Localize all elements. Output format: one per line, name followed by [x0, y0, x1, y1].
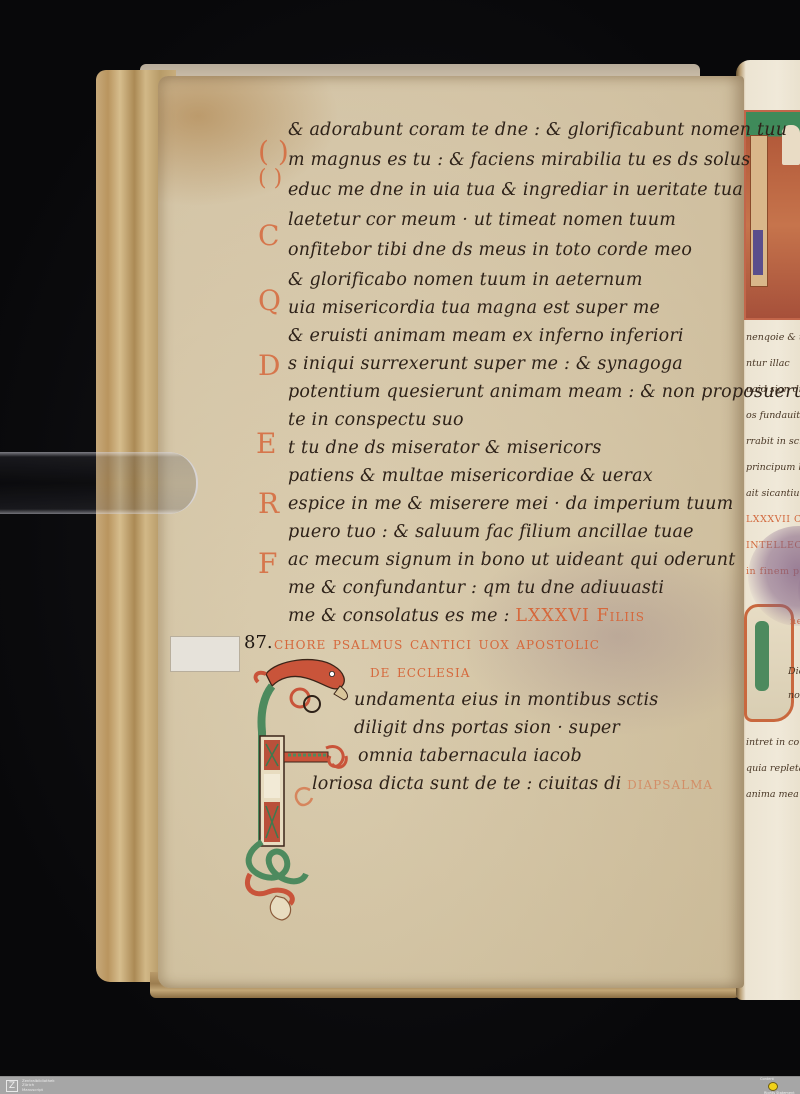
psalm-line: undamenta eius in montibus sctis — [354, 690, 658, 710]
text-line: espice in me & miserere mei · da imperiu… — [288, 494, 733, 514]
facing-initial-text-lines: Die nocte in — [788, 660, 800, 708]
psalm-title-rubric: chore psalmus cantici uox apostolic — [274, 634, 600, 654]
margin-initial: E — [256, 430, 276, 458]
text-line: patiens & multae misericordiae & uerax — [288, 466, 653, 486]
text-line: & glorificabo nomen tuum in aeternum — [288, 270, 643, 290]
margin-initial: F — [258, 550, 277, 578]
facing-line: os fundauit e — [746, 403, 800, 429]
margin-initial: D — [258, 352, 280, 380]
facing-line: principum hor — [746, 455, 800, 481]
facing-line: nenqoie & u — [746, 325, 800, 351]
margin-initial: C — [258, 222, 279, 250]
facing-lower-text: intret in conspectu quia repleta est mal… — [746, 730, 800, 808]
facing-line: ntur illac — [746, 351, 800, 377]
diapsalma-rubric: diapsalma — [627, 774, 713, 794]
text-line: m magnus es tu : & faciens mirabilia tu … — [288, 150, 750, 170]
facing-line: rrabit in scri — [746, 429, 800, 455]
text-line: & eruisti animam meam ex inferno inferio… — [288, 326, 684, 346]
folio-mark: 87. — [244, 632, 273, 653]
text-line: educ me dne in uia tua & ingrediar in ue… — [288, 180, 743, 200]
margin-initial: ( ) — [258, 168, 282, 190]
text-line: ac mecum signum in bono ut uideant qui o… — [288, 550, 735, 570]
paper-slip — [170, 636, 240, 672]
text-line: me & confundantur : qm tu dne adiuuasti — [288, 578, 664, 598]
text-line-body: me & consolatus es me : — [288, 606, 510, 626]
library-caption: Zentralbibliothek Zürich Manuscript — [22, 1079, 132, 1092]
text-line: s iniqui surrexerunt super me : & synago… — [288, 354, 683, 374]
text-line: t tu dne ds miserator & misericors — [288, 438, 602, 458]
rights-statement-icon[interactable] — [768, 1082, 778, 1091]
psalm-number-rubric: LXXXVI Filiis — [515, 606, 645, 626]
viewer-footer: Z Zentralbibliothek Zürich Manuscript Co… — [0, 1076, 800, 1094]
psalm-line: loriosa dicta sunt de te : ciuitas di di… — [312, 774, 713, 794]
miniature-door — [753, 230, 763, 275]
psalm-line: diligit dns portas sion · super — [354, 718, 620, 738]
text-line: puero tuo : & saluum fac filium ancillae… — [288, 522, 694, 542]
text-line: uia misericordia tua magna est super me — [288, 298, 660, 318]
margin-initial: Q — [258, 287, 281, 315]
margin-initial: ( ) — [258, 138, 289, 166]
margin-initial: R — [258, 490, 279, 518]
text-line: te in conspectu suo — [288, 410, 464, 430]
text-line: me & consolatus es me : LXXXVI Filiis — [288, 606, 645, 626]
library-logo-icon[interactable]: Z — [6, 1080, 18, 1092]
text-line: potentium quesierunt animam meam : & non… — [288, 382, 800, 402]
glass-page-weight — [0, 452, 198, 514]
facing-line: ait sicantium o — [746, 481, 800, 507]
illuminated-initial-f — [236, 652, 356, 922]
text-line: laetetur cor meum · ut timeat nomen tuum — [288, 210, 676, 230]
text-line: onfitebor tibi dne ds meus in toto corde… — [288, 240, 692, 260]
psalm-title-rubric: de ecclesia — [370, 662, 470, 682]
rights-label-top: Content — [760, 1077, 774, 1081]
text-line: & adorabunt coram te dne : & glorificabu… — [288, 120, 787, 140]
psalm-line: omnia tabernacula iacob — [358, 746, 582, 766]
psalm-line-body: loriosa dicta sunt de te : ciuitas di — [312, 774, 621, 794]
